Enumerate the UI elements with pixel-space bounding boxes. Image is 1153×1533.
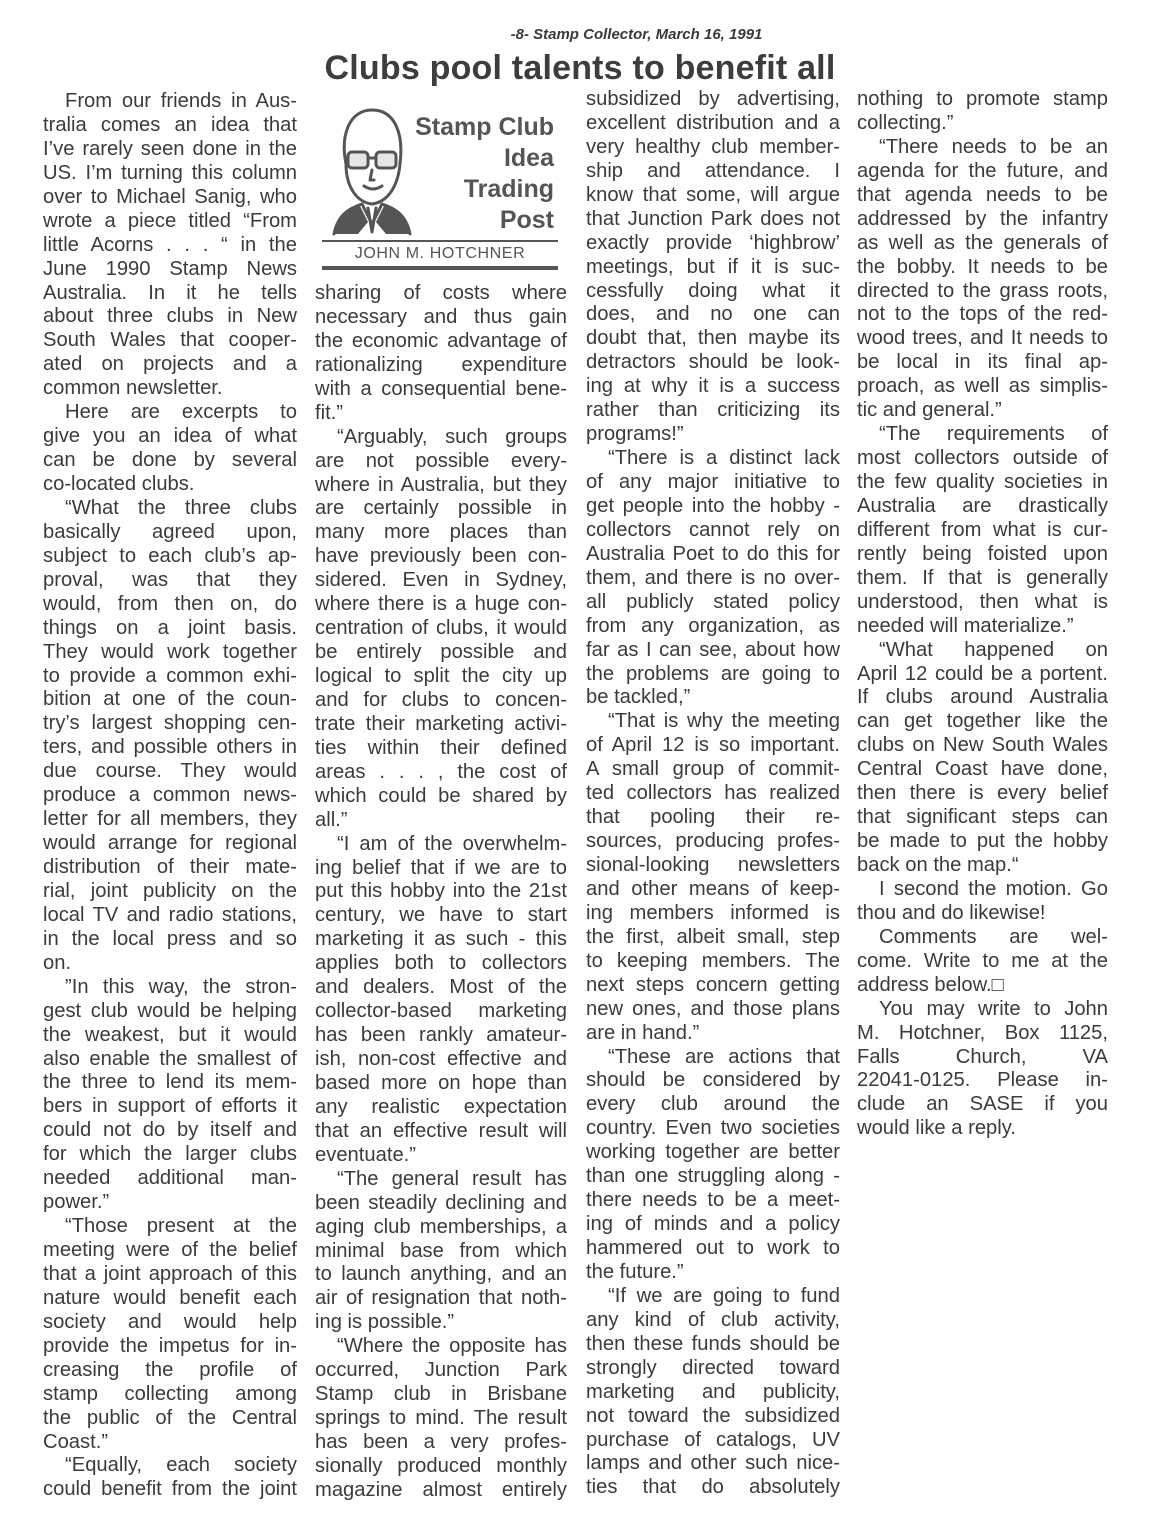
text-line: Central Coast have done, [857,758,1108,782]
paragraph-start-line: “There is a distinct lack [586,447,840,471]
text-line: areas . . . , the cost of [315,761,567,785]
text-line: tic and general.” [857,399,1108,423]
text-line: co-located clubs. [43,473,297,497]
text-line: try’s largest shopping cen- [43,712,297,736]
text-line: They would work together [43,641,297,665]
text-line: have previously been con- [315,545,567,569]
article-column-2: sharing of costs wherenecessary and thus… [315,282,567,1503]
article-column-1: From our friends in Aus-tralia comes an … [43,90,297,1502]
text-line: would like a reply. [857,1117,1108,1141]
logo-title-line: Trading [415,174,554,205]
text-line: in the local press and so [43,928,297,952]
text-line: centration of clubs, it would [315,617,567,641]
text-line: ship and attendance. I [586,160,840,184]
text-line: them. If that is generally [857,567,1108,591]
paragraph-start-line: From our friends in Aus- [43,90,297,114]
text-line: bers in support of efforts it [43,1095,297,1119]
logo-title-line: Stamp Club [415,112,554,143]
paragraph-start-line: I second the motion. Go [857,878,1108,902]
text-line: been steadily declining and [315,1192,567,1216]
text-line: marketing it as such - this [315,928,567,952]
article-headline: Clubs pool talents to benefit all [300,46,860,90]
column-logo: Stamp Club Idea Trading Post JOHN M. HOT… [322,100,558,268]
text-line: power.” [43,1191,297,1215]
text-line: are not possible every- [315,450,567,474]
text-line: Stamp club in Brisbane [315,1383,567,1407]
text-line: there needs to be a meet- [586,1189,840,1213]
text-line: new ones, and those plans [586,998,840,1022]
text-line: country. Even two societies [586,1117,840,1141]
text-line: eventuate.” [315,1144,567,1168]
text-line: If clubs around Australia [857,686,1108,710]
text-line: exactly provide ‘highbrow’ [586,232,840,256]
text-line: get people into the hobby - [586,495,840,519]
text-line: collecting.” [857,112,1108,136]
text-line: purchase of catalogs, UV [586,1429,840,1453]
text-line: addressed by the infantry [857,208,1108,232]
text-line: Falls Church, VA [857,1046,1108,1070]
text-line: century, we have to start [315,904,567,928]
text-line: Australia are drastically [857,495,1108,519]
paragraph-start-line: “These are actions that [586,1046,840,1070]
text-line: that agenda needs to be [857,184,1108,208]
text-line: should be considered by [586,1069,840,1093]
text-line: air of resignation that noth- [315,1287,567,1311]
text-line: ters, and possible others in [43,736,297,760]
text-line: ing at why it is a success [586,375,840,399]
text-line: with a consequential bene- [315,378,567,402]
text-line: all.” [315,809,567,833]
paragraph-start-line: “I am of the overwhelm- [315,833,567,857]
text-line: proval, was that they [43,569,297,593]
text-line: ated on projects and a [43,353,297,377]
paragraph-start-line: “The general result has [315,1168,567,1192]
text-line: that pooling their re- [586,806,840,830]
text-line: be made to put the hobby [857,830,1108,854]
text-line: has been rankly amateur- [315,1024,567,1048]
text-line: ish, non-cost effective and [315,1048,567,1072]
text-line: can be done by several [43,449,297,473]
text-line: rationalizing expenditure [315,354,567,378]
text-line: the first, albeit small, step [586,926,840,950]
text-line: M. Hotchner, Box 1125, [857,1022,1108,1046]
text-line: Australia. In it he tells [43,282,297,306]
text-line: fit.” [315,402,567,426]
text-line: lamps and other such nice- [586,1452,840,1476]
text-line: clude an SASE if you [857,1093,1108,1117]
text-line: cessfully doing what it [586,280,840,304]
paragraph-start-line: You may write to John [857,998,1108,1022]
text-line: not toward the subsidized [586,1405,840,1429]
text-line: wood trees, and It needs to [857,327,1108,351]
text-line: of April 12 is so important. [586,734,840,758]
text-line: on. [43,952,297,976]
text-line: ted collectors has realized [586,782,840,806]
text-line: collector-based marketing [315,1000,567,1024]
text-line: ties within their defined [315,737,567,761]
text-line: that significant steps can [857,806,1108,830]
text-line: understood, then what is [857,591,1108,615]
text-line: distribution of their mate- [43,856,297,880]
text-line: of any major initiative to [586,471,840,495]
text-line: that Junction Park does not [586,208,840,232]
text-line: the bobby. It needs to be [857,256,1108,280]
paragraph-start-line: “Those present at the [43,1215,297,1239]
text-line: little Acorns . . . “ in the [43,234,297,258]
text-line: magazine almost entirely [315,1479,567,1503]
text-line: back on the map.“ [857,854,1108,878]
text-line: be tackled,” [586,686,840,710]
text-line: meetings, but if it is suc- [586,256,840,280]
logo-title-line: Idea [415,143,554,174]
text-line: as well as the generals of [857,232,1108,256]
text-line: can get together like the [857,710,1108,734]
text-line: local TV and radio stations, [43,904,297,928]
text-line: Australia Poet to do this for [586,543,840,567]
text-line: occurred, Junction Park [315,1359,567,1383]
text-line: ing members informed is [586,902,840,926]
text-line: subject to each club’s ap- [43,545,297,569]
logo-divider [322,266,558,270]
text-line: detractors should be look- [586,351,840,375]
text-line: the problems are going to [586,663,840,687]
text-line: letter for all members, they [43,808,297,832]
text-line: all publicly stated policy [586,591,840,615]
text-line: would, from then on, do [43,593,297,617]
text-line: to provide a common exhi- [43,665,297,689]
article-column-3: subsidized by advertising,excellent dist… [586,88,840,1500]
text-line: the three to lend its mem- [43,1071,297,1095]
text-line: sidered. Even in Sydney, [315,569,567,593]
text-line: has been a very profes- [315,1431,567,1455]
text-line: common newsletter. [43,377,297,401]
paragraph-start-line: “The requirements of [857,423,1108,447]
text-line: could not do by itself and [43,1119,297,1143]
paragraph-start-line: “Equally, each society [43,1454,297,1478]
text-line: collectors cannot rely on [586,519,840,543]
text-line: the few quality societies in [857,471,1108,495]
text-line: thou and do likewise! [857,902,1108,926]
text-line: creasing the profile of [43,1359,297,1383]
text-line: then there is every belief [857,782,1108,806]
text-line: far as I can see, about how [586,639,840,663]
text-line: give you an idea of what [43,425,297,449]
text-line: from any organization, as [586,615,840,639]
text-line: ing belief that if we are to [315,857,567,881]
column-logo-title: Stamp Club Idea Trading Post [415,112,554,236]
text-line: nature would benefit each [43,1287,297,1311]
text-line: over to Michael Sanig, who [43,186,297,210]
text-line: subsidized by advertising, [586,88,840,112]
text-line: provide the impetus for in- [43,1335,297,1359]
text-line: the public of the Central [43,1407,297,1431]
text-line: directed to the grass roots, [857,280,1108,304]
text-line: many more places than [315,521,567,545]
text-line: them, and there is no over- [586,567,840,591]
text-line: which could be shared by [315,785,567,809]
paragraph-start-line: “There needs to be an [857,136,1108,160]
text-line: trate their marketing activi- [315,713,567,737]
text-line: and other means of keep- [586,878,840,902]
text-line: programs!” [586,423,840,447]
text-line: could benefit from the joint [43,1478,297,1502]
text-line: not to the tops of the red- [857,303,1108,327]
text-line: June 1990 Stamp News [43,258,297,282]
text-line: meeting were of the belief [43,1239,297,1263]
text-line: doubt that, then maybe its [586,327,840,351]
text-line: where there is a huge con- [315,593,567,617]
text-line: sharing of costs where [315,282,567,306]
paragraph-start-line: “What the three clubs [43,497,297,521]
text-line: sources, producing profes- [586,830,840,854]
text-line: hammered out to work to [586,1237,840,1261]
text-line: stamp collecting among [43,1383,297,1407]
text-line: minimal base from which [315,1240,567,1264]
paragraph-start-line: “Arguably, such groups [315,426,567,450]
text-line: about three clubs in New [43,305,297,329]
text-line: come. Write to me at the [857,950,1108,974]
text-line: put this hobby into the 21st [315,880,567,904]
text-line: and for clubs to concen- [315,689,567,713]
text-line: needed additional man- [43,1167,297,1191]
text-line: then these funds should be [586,1333,840,1357]
text-line: excellent distribution and a [586,112,840,136]
text-line: are in hand.” [586,1022,840,1046]
text-line: ties that do absolutely [586,1476,840,1500]
text-line: for which the larger clubs [43,1143,297,1167]
text-line: rial, joint publicity on the [43,880,297,904]
text-line: any kind of club activity, [586,1309,840,1333]
text-line: marketing and publicity, [586,1381,840,1405]
text-line: where in Australia, but they [315,474,567,498]
text-line: society and would help [43,1311,297,1335]
text-line: basically agreed upon, [43,521,297,545]
portrait-illustration-icon [328,104,414,240]
text-line: needed will materialize.” [857,615,1108,639]
text-line: 22041-0125. Please in- [857,1069,1108,1093]
logo-title-line: Post [415,205,554,236]
author-byline: JOHN M. HOTCHNER [322,242,558,266]
paragraph-start-line: Here are excerpts to [43,401,297,425]
text-line: ing is possible.” [315,1311,567,1335]
text-line: sional-looking newsletters [586,854,840,878]
text-line: and dealers. Most of the [315,976,567,1000]
paragraph-start-line: “That is why the meeting [586,710,840,734]
text-line: rather than criticizing its [586,399,840,423]
text-line: know that some, will argue [586,184,840,208]
text-line: things on a joint basis. [43,617,297,641]
text-line: clubs on New South Wales [857,734,1108,758]
text-line: due course. They would [43,760,297,784]
text-line: strongly directed toward [586,1357,840,1381]
paragraph-start-line: Comments are wel- [857,926,1108,950]
text-line: tralia comes an idea that [43,114,297,138]
text-line: also enable the smallest of [43,1048,297,1072]
text-line: that an effective result will [315,1120,567,1144]
text-line: working together are better [586,1141,840,1165]
text-line: A small group of commit- [586,758,840,782]
text-line: US. I’m turning this column [43,162,297,186]
text-line: the economic advantage of [315,330,567,354]
text-line: the weakest, but it would [43,1024,297,1048]
text-line: any realistic expectation [315,1096,567,1120]
text-line: I’ve rarely seen done in the [43,138,297,162]
text-line: address below.□ [857,974,1108,998]
text-line: does, and no one can [586,303,840,327]
text-line: wrote a piece titled “From [43,210,297,234]
text-line: proach, as well as simplis- [857,375,1108,399]
text-line: to keeping members. The [586,950,840,974]
text-line: next steps concern getting [586,974,840,998]
text-line: would arrange for regional [43,832,297,856]
text-line: agenda for the future, and [857,160,1108,184]
text-line: be entirely possible and [315,641,567,665]
text-line: nothing to promote stamp [857,88,1108,112]
text-line: very healthy club member- [586,136,840,160]
text-line: applies both to collectors [315,952,567,976]
text-line: rently being foisted upon [857,543,1108,567]
text-line: are certainly possible in [315,497,567,521]
paragraph-start-line: “Where the opposite has [315,1335,567,1359]
text-line: produce a common news- [43,784,297,808]
text-line: April 12 could be a portent. [857,663,1108,687]
text-line: sionally produced monthly [315,1455,567,1479]
text-line: bition at one of the coun- [43,688,297,712]
paragraph-start-line: ”In this way, the stron- [43,976,297,1000]
text-line: every club around the [586,1093,840,1117]
text-line: be local in its final ap- [857,351,1108,375]
text-line: the future.” [586,1261,840,1285]
text-line: springs to mind. The result [315,1407,567,1431]
paragraph-start-line: “If we are going to fund [586,1285,840,1309]
text-line: that a joint approach of this [43,1263,297,1287]
text-line: gest club would be helping [43,1000,297,1024]
article-column-4: nothing to promote stampcollecting.”“The… [857,88,1108,1141]
text-line: to launch anything, and an [315,1263,567,1287]
text-line: ing of minds and a policy [586,1213,840,1237]
text-line: based more on hope than [315,1072,567,1096]
text-line: necessary and thus gain [315,306,567,330]
text-line: different from what is cur- [857,519,1108,543]
text-line: aging club memberships, a [315,1216,567,1240]
text-line: most collectors outside of [857,447,1108,471]
text-line: than one struggling along - [586,1165,840,1189]
paragraph-start-line: “What happened on [857,639,1108,663]
text-line: South Wales that cooper- [43,329,297,353]
text-line: logical to split the city up [315,665,567,689]
page-masthead: -8- Stamp Collector, March 16, 1991 [0,26,1153,43]
text-line: Coast.” [43,1431,297,1455]
